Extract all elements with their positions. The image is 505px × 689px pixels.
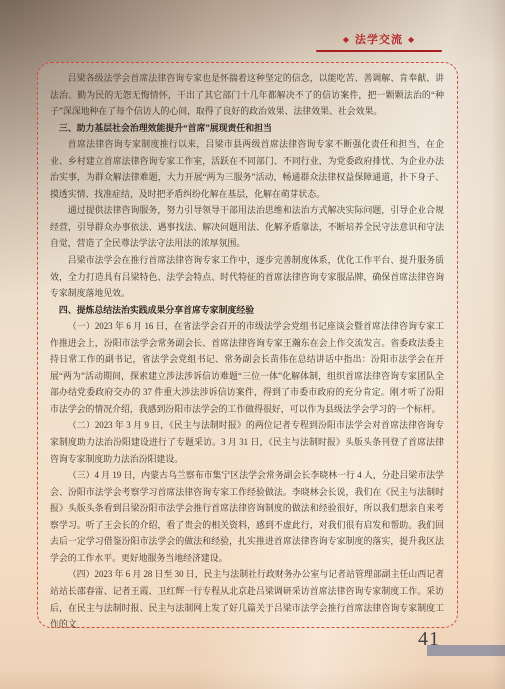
paragraph: 通过提供法律咨询服务，努力引导领导干部用法治思维和法治方式解决实际问题，引导企业… [50,202,444,252]
section-title-text: 法学交流 [355,34,403,46]
paragraph: 四、提炼总结法治实践成果分享首席专家制度经验 [50,302,444,319]
section-title: ◆法学交流◆ [316,31,442,47]
paragraph: （三）4 月 19 日，内蒙古乌兰察布市集宁区法学会常务副会长李晓林一行 4 人… [50,467,444,566]
paragraph: 吕梁市法学会在推行首席法律咨询专家工作中，逐步完善制度体系，优化工作平台、提升服… [50,252,444,302]
scanned-page: ◆法学交流◆ 吕梁各级法学会首席法律咨询专家也是怀揣着这种坚定的信念，以能吃苦、… [0,0,505,689]
paragraph: 吕梁各级法学会首席法律咨询专家也是怀揣着这种坚定的信念，以能吃苦、善调解、肯奉献… [50,70,444,120]
paragraph: 首席法律咨询专家制度推行以来，吕梁市县两级首席法律咨询专家不断强化责任和担当，在… [50,136,444,202]
paragraph: （一）2023 年 6 月 16 日，在省法学会召开的市级法学会党组书记座谈会暨… [50,318,444,417]
header-rule [316,50,442,52]
diamond-icon: ◆ [403,35,420,44]
page-number-bar [427,645,505,656]
paragraph: 三、助力基层社会治理效能提升“首席”展现责任和担当 [50,120,444,137]
article-body: 吕梁各级法学会首席法律咨询专家也是怀揣着这种坚定的信念，以能吃苦、善调解、肯奉献… [50,70,444,633]
section-header: ◆法学交流◆ [316,31,442,52]
diamond-icon: ◆ [338,35,355,44]
paragraph: （四）2023 年 6 月 28 日至 30 日，民主与法制社行政财务办公室与记… [50,566,444,632]
paragraph: （二）2023 年 3 月 9 日，《民主与法制时报》的两位记者专程到汾阳市法学… [50,417,444,467]
article-frame: 吕梁各级法学会首席法律咨询专家也是怀揣着这种坚定的信念，以能吃苦、善调解、肯奉献… [37,62,458,628]
